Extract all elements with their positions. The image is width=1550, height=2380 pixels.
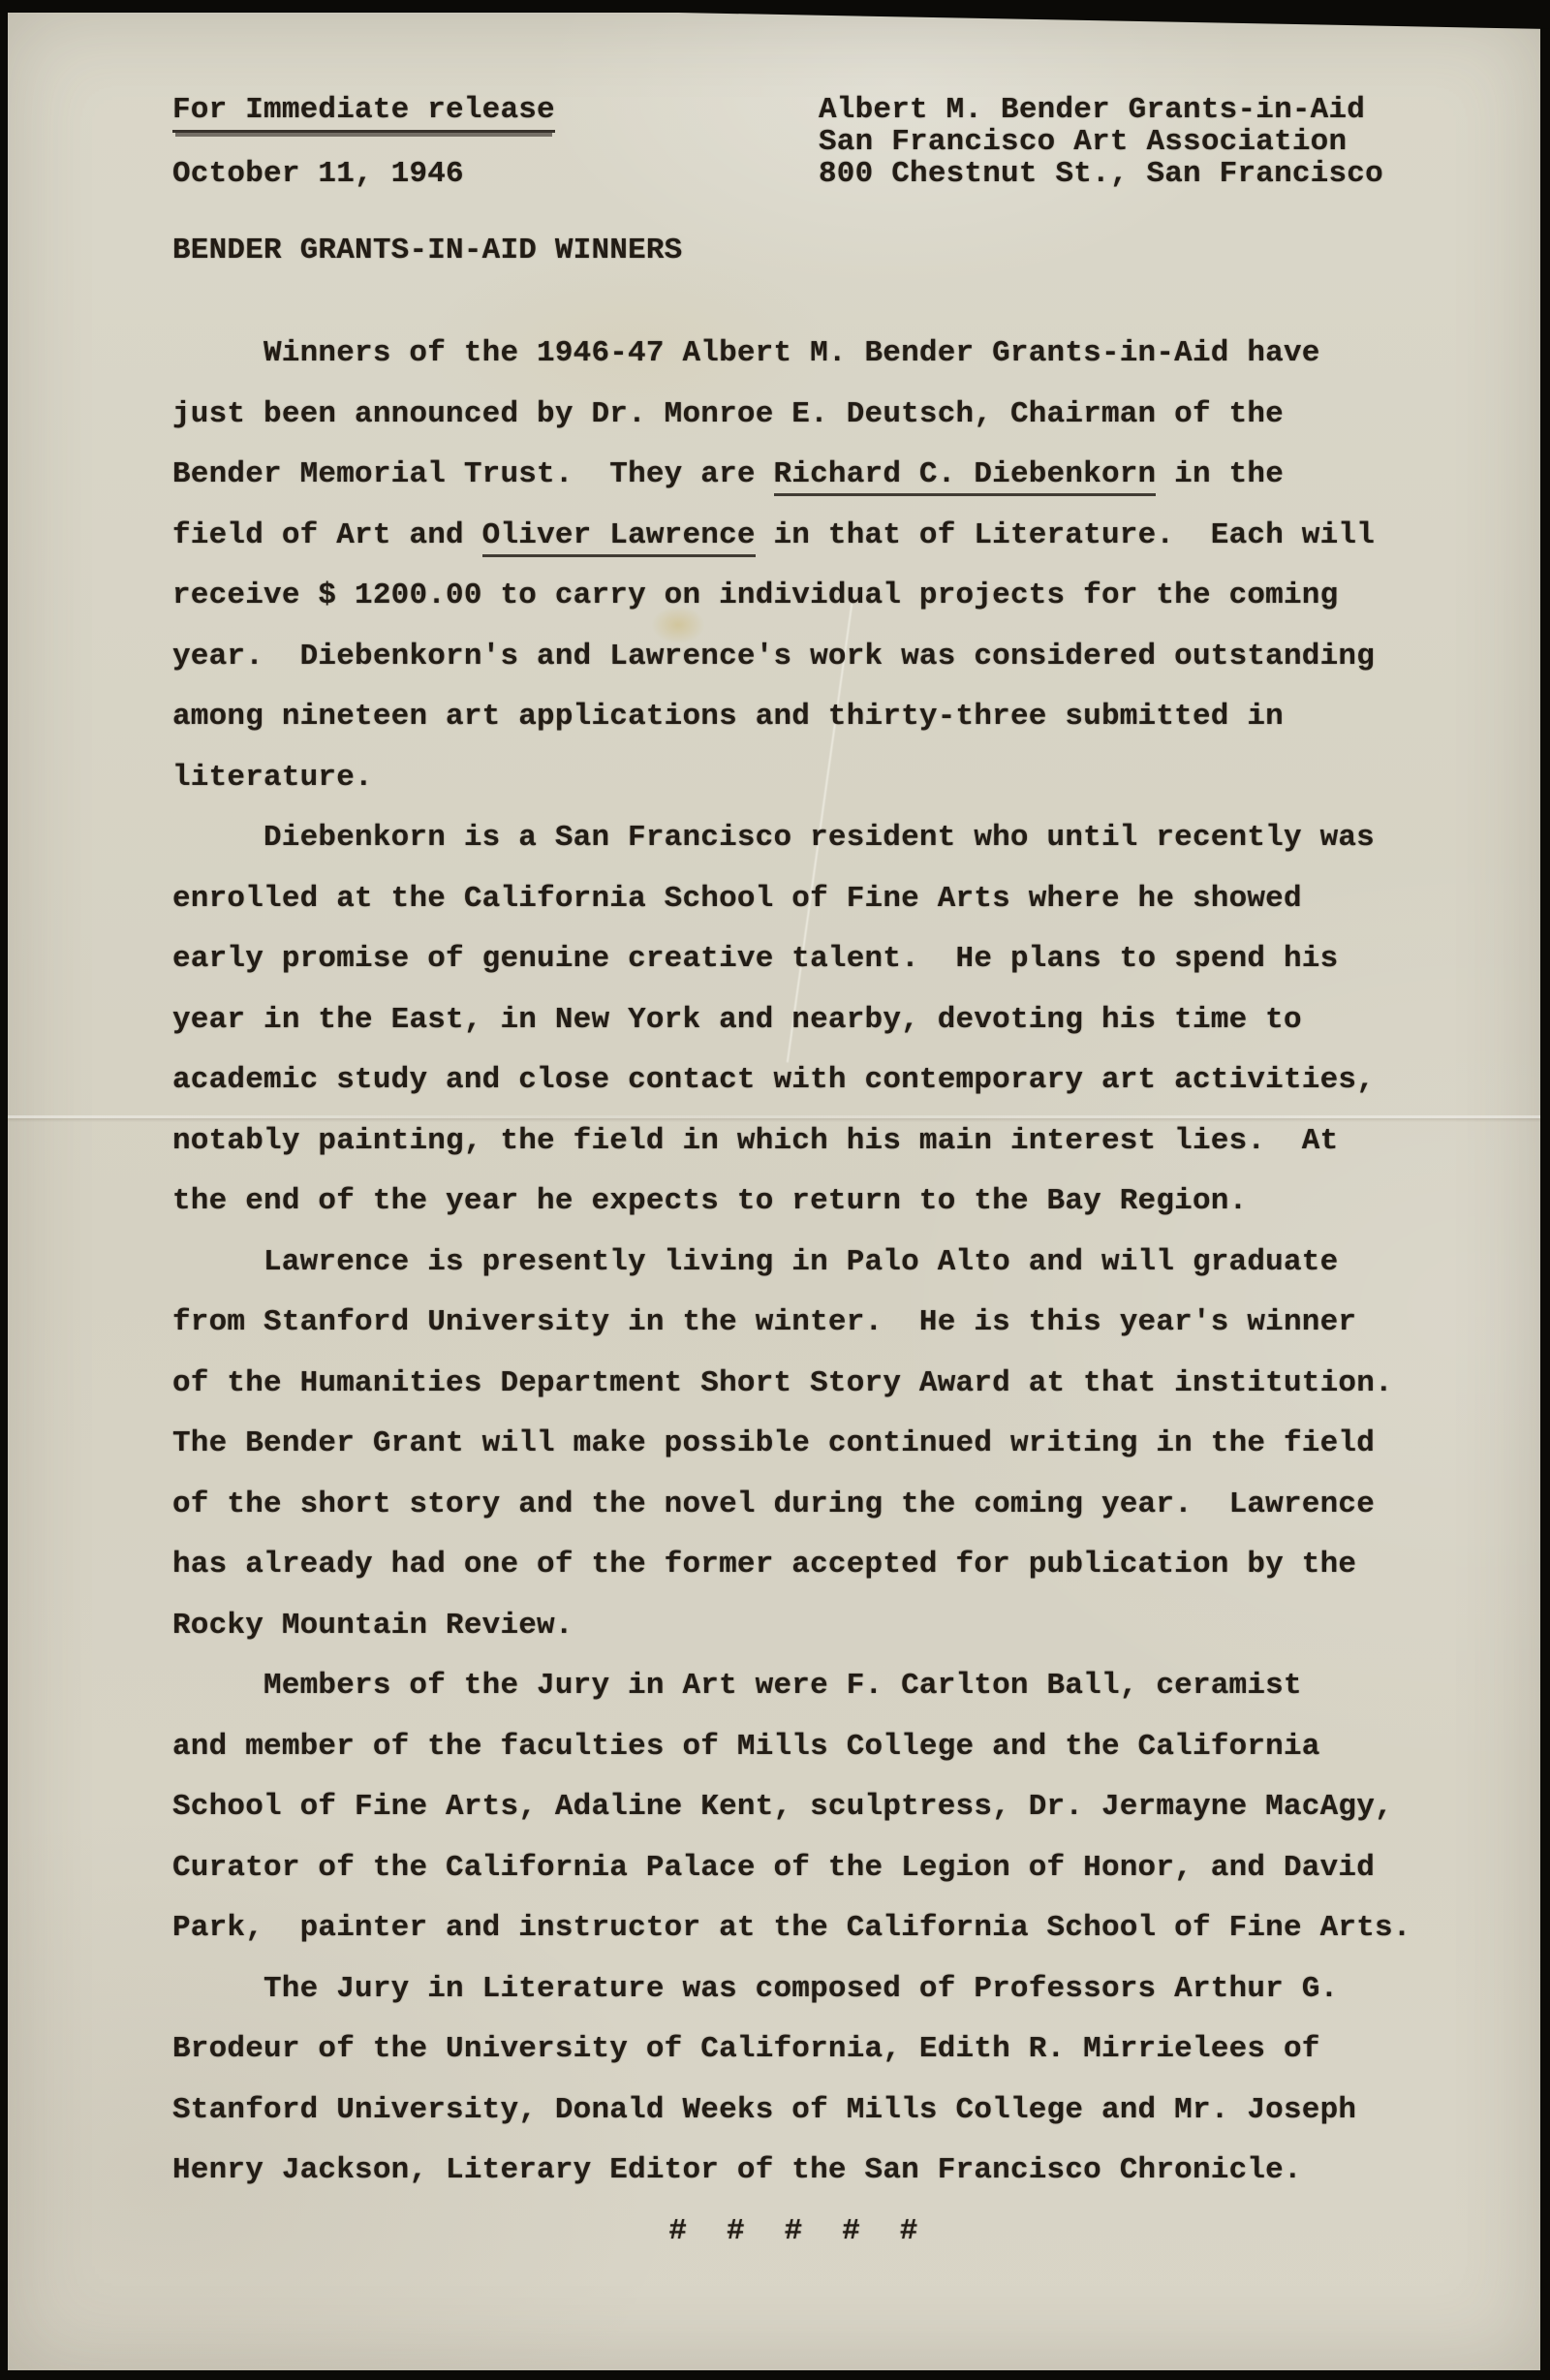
text-segment: notably painting, the field in which his…	[172, 1124, 1338, 1158]
text-line: Henry Jackson, Literary Editor of the Sa…	[172, 2141, 1414, 2202]
sender-line-1: Albert M. Bender Grants-in-Aid	[819, 94, 1383, 126]
text-segment: Diebenkorn is a San Francisco resident w…	[263, 821, 1375, 855]
text-segment: Winners of the 1946-47 Albert M. Bender …	[263, 336, 1320, 370]
text-line: of the short story and the novel during …	[172, 1475, 1414, 1536]
text-line: year in the East, in New York and nearby…	[172, 990, 1414, 1051]
text-segment: Henry Jackson, Literary Editor of the Sa…	[172, 2153, 1302, 2187]
document-body: Winners of the 1946-47 Albert M. Bender …	[172, 324, 1414, 2202]
sender-address-block: Albert M. Bender Grants-in-Aid San Franc…	[819, 94, 1383, 190]
text-line: Winners of the 1946-47 Albert M. Bender …	[172, 324, 1414, 385]
typewritten-content: For Immediate release October 11, 1946 A…	[8, 13, 1540, 2370]
text-line: field of Art and Oliver Lawrence in that…	[172, 506, 1414, 567]
text-segment: Brodeur of the University of California,…	[172, 2032, 1320, 2066]
text-segment: in that of Literature. Each will	[756, 518, 1375, 552]
text-segment: Park, painter and instructor at the Cali…	[172, 1911, 1411, 1945]
text-line: Lawrence is presently living in Palo Alt…	[172, 1233, 1414, 1294]
paragraph: The Jury in Literature was composed of P…	[172, 1959, 1414, 2202]
text-line: School of Fine Arts, Adaline Kent, sculp…	[172, 1777, 1414, 1838]
text-segment: The Bender Grant will make possible cont…	[172, 1426, 1375, 1460]
paragraph: Members of the Jury in Art were F. Carlt…	[172, 1656, 1414, 1959]
text-segment: year in the East, in New York and nearby…	[172, 1003, 1302, 1037]
sender-line-2: San Francisco Art Association	[819, 126, 1383, 158]
text-segment: just been announced by Dr. Monroe E. Deu…	[172, 397, 1284, 431]
text-segment: field of Art and	[172, 518, 482, 552]
underlined-name: Oliver Lawrence	[482, 518, 756, 557]
text-segment: early promise of genuine creative talent…	[172, 942, 1338, 976]
text-line: enrolled at the California School of Fin…	[172, 869, 1414, 930]
text-segment: and member of the faculties of Mills Col…	[172, 1730, 1320, 1764]
paper-sheet: For Immediate release October 11, 1946 A…	[8, 13, 1540, 2370]
end-marks: # # # # #	[172, 2202, 1414, 2263]
text-line: literature.	[172, 748, 1414, 809]
text-segment: literature.	[172, 761, 373, 795]
text-line: of the Humanities Department Short Story…	[172, 1354, 1414, 1415]
text-segment: of the Humanities Department Short Story…	[172, 1366, 1393, 1400]
text-line: year. Diebenkorn's and Lawrence's work w…	[172, 627, 1414, 688]
text-segment: Rocky Mountain Review.	[172, 1609, 573, 1643]
text-segment: School of Fine Arts, Adaline Kent, sculp…	[172, 1790, 1393, 1824]
text-segment: Members of the Jury in Art were F. Carlt…	[263, 1669, 1302, 1703]
text-line: Brodeur of the University of California,…	[172, 2020, 1414, 2081]
text-line: the end of the year he expects to return…	[172, 1172, 1414, 1233]
text-segment: of the short story and the novel during …	[172, 1487, 1375, 1521]
text-line: Rocky Mountain Review.	[172, 1596, 1414, 1657]
text-line: Bender Memorial Trust. They are Richard …	[172, 445, 1414, 506]
text-segment: Bender Memorial Trust. They are	[172, 457, 774, 491]
text-segment: has already had one of the former accept…	[172, 1548, 1356, 1581]
text-line: Stanford University, Donald Weeks of Mil…	[172, 2081, 1414, 2142]
text-segment: Stanford University, Donald Weeks of Mil…	[172, 2093, 1356, 2127]
text-line: The Jury in Literature was composed of P…	[172, 1959, 1414, 2020]
document-header: For Immediate release October 11, 1946 A…	[172, 94, 1414, 190]
paragraph: Winners of the 1946-47 Albert M. Bender …	[172, 324, 1414, 808]
text-line: notably painting, the field in which his…	[172, 1112, 1414, 1173]
text-line: The Bender Grant will make possible cont…	[172, 1414, 1414, 1475]
text-line: receive $ 1200.00 to carry on individual…	[172, 566, 1414, 627]
paragraph: Lawrence is presently living in Palo Alt…	[172, 1233, 1414, 1657]
text-line: Curator of the California Palace of the …	[172, 1838, 1414, 1899]
paragraph: Diebenkorn is a San Francisco resident w…	[172, 808, 1414, 1233]
text-segment: the end of the year he expects to return…	[172, 1184, 1247, 1218]
text-line: Members of the Jury in Art were F. Carlt…	[172, 1656, 1414, 1717]
release-line-text: For Immediate release	[172, 93, 555, 133]
text-segment: Curator of the California Palace of the …	[172, 1851, 1375, 1885]
text-line: academic study and close contact with co…	[172, 1050, 1414, 1112]
text-line: Park, painter and instructor at the Cali…	[172, 1898, 1414, 1959]
text-segment: Lawrence is presently living in Palo Alt…	[263, 1245, 1338, 1279]
document-headline: BENDER GRANTS-IN-AID WINNERS	[172, 235, 1414, 266]
text-line: Diebenkorn is a San Francisco resident w…	[172, 808, 1414, 869]
text-segment: The Jury in Literature was composed of P…	[263, 1972, 1338, 2006]
text-line: and member of the faculties of Mills Col…	[172, 1717, 1414, 1778]
text-line: from Stanford University in the winter. …	[172, 1293, 1414, 1354]
text-segment: receive $ 1200.00 to carry on individual…	[172, 579, 1338, 612]
sender-line-3: 800 Chestnut St., San Francisco	[819, 158, 1383, 190]
text-segment: from Stanford University in the winter. …	[172, 1305, 1356, 1339]
text-segment: year. Diebenkorn's and Lawrence's work w…	[172, 640, 1375, 673]
text-line: among nineteen art applications and thir…	[172, 687, 1414, 748]
scanned-press-release: For Immediate release October 11, 1946 A…	[0, 0, 1550, 2380]
text-line: early promise of genuine creative talent…	[172, 929, 1414, 990]
text-segment: enrolled at the California School of Fin…	[172, 882, 1302, 916]
text-segment: academic study and close contact with co…	[172, 1063, 1375, 1097]
underlined-name: Richard C. Diebenkorn	[774, 457, 1157, 496]
text-line: has already had one of the former accept…	[172, 1535, 1414, 1596]
text-line: just been announced by Dr. Monroe E. Deu…	[172, 385, 1414, 446]
text-segment: among nineteen art applications and thir…	[172, 700, 1284, 734]
text-segment: in the	[1156, 457, 1284, 491]
